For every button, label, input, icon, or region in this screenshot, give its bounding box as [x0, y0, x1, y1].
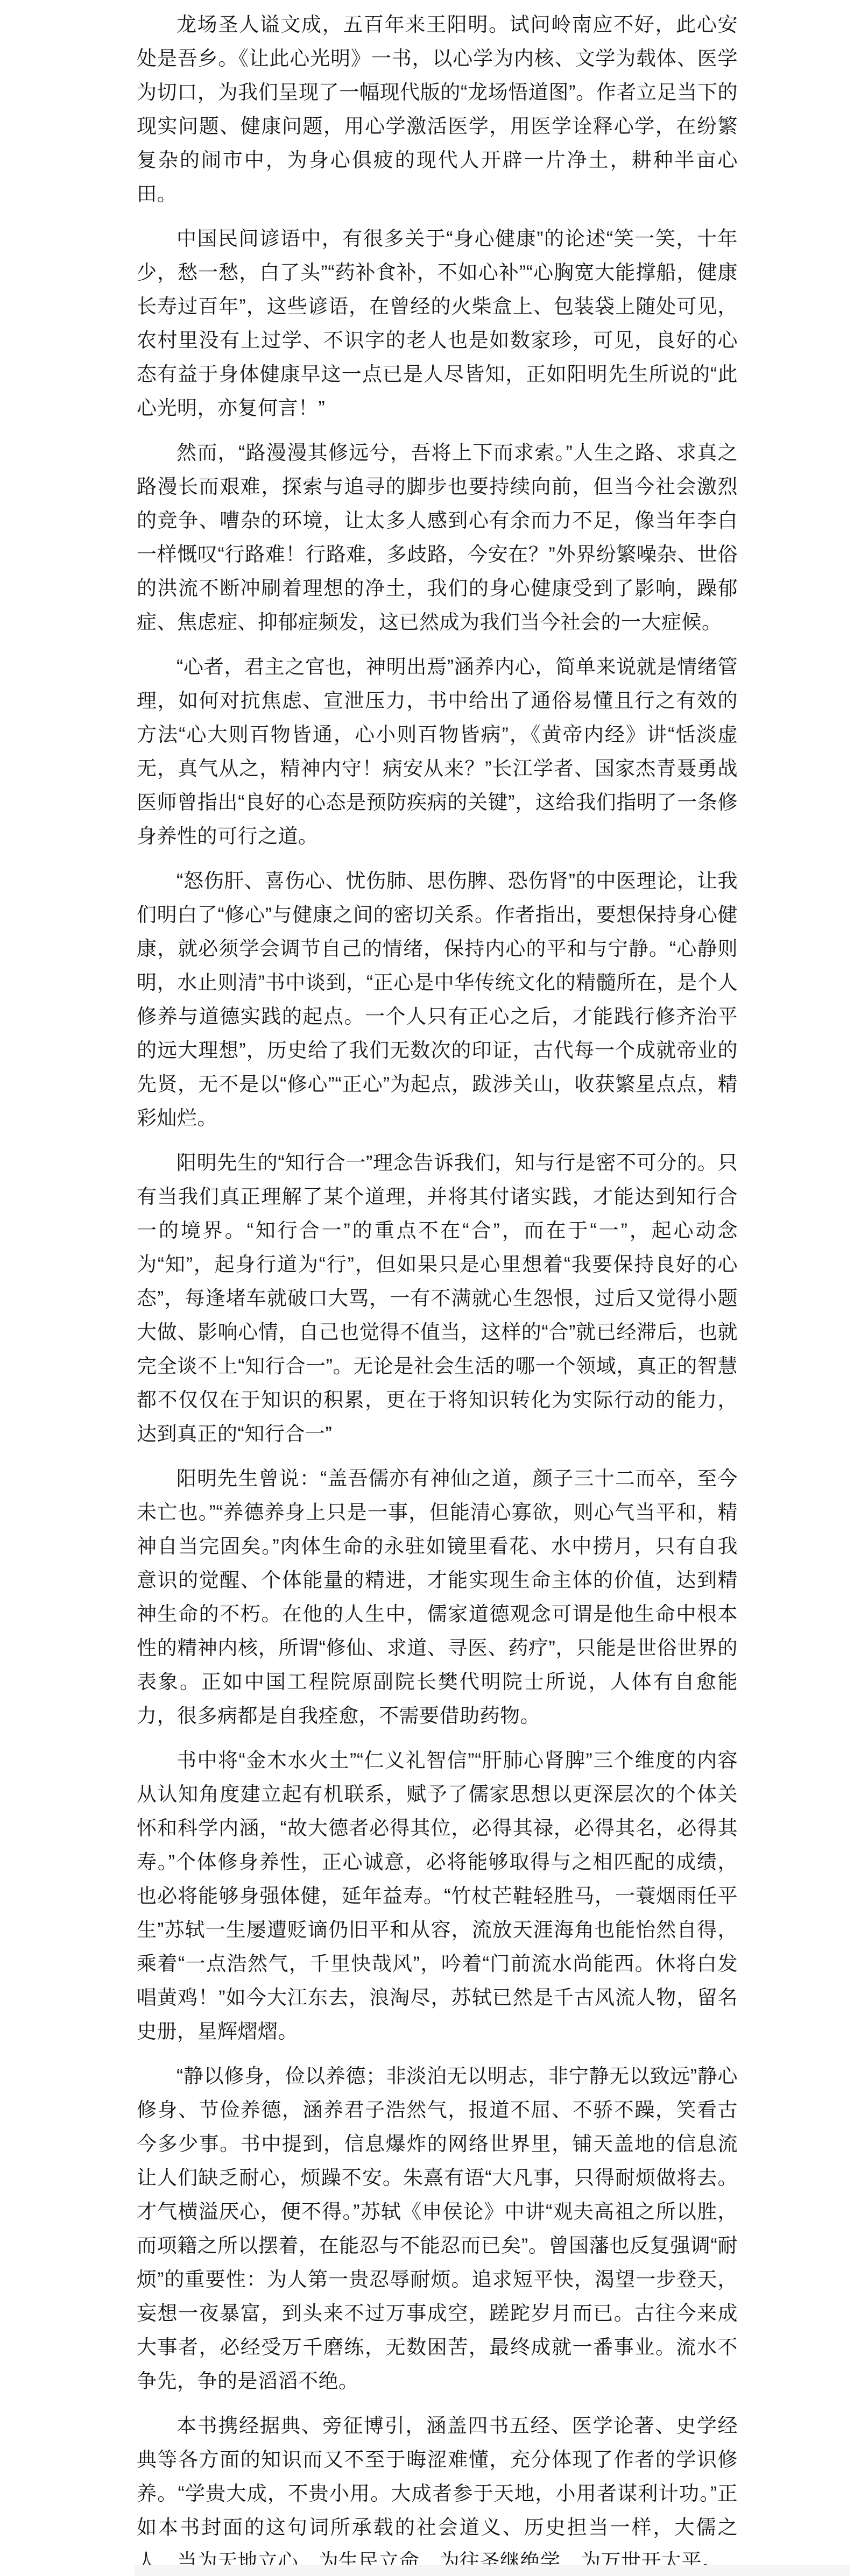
paragraph-three-dimensions: 书中将“金木水火土”“仁义礼智信”“肝肺心肾脾”三个维度的内容从认知角度建立起有…	[137, 1743, 738, 2048]
document-page: 龙场圣人谥文成，五百年来王阳明。试问岭南应不好，此心安处是吾乡。《让此心光明》一…	[0, 0, 861, 2576]
paragraph-emotion-management: “心者，君主之官也，神明出焉”涵养内心，简单来说就是情绪管理，如何对抗焦虑、宣泄…	[137, 650, 738, 853]
paragraph-patience: “静以修身，俭以养德；非淡泊无以明志，非宁静无以致远”静心修身、节俭养德，涵养君…	[137, 2059, 738, 2398]
paragraph-opening: 龙场圣人谥文成，五百年来王阳明。试问岭南应不好，此心安处是吾乡。《让此心光明》一…	[137, 8, 738, 211]
paragraph-unity-of-knowledge-action: 阳明先生的“知行合一”理念告诉我们，知与行是密不可分的。只有当我们真正理解了某个…	[137, 1146, 738, 1451]
paragraph-tcm-theory: “怒伤肝、喜伤心、忧伤肺、思伤脾、恐伤肾”的中医理论，让我们明白了“修心”与健康…	[137, 864, 738, 1135]
paragraph-proverbs: 中国民间谚语中，有很多关于“身心健康”的论述“笑一笑，十年少，愁一愁，白了头”“…	[137, 222, 738, 425]
bottom-partial-strip	[135, 2565, 850, 2576]
paragraph-yangming-quote: 阳明先生曾说：“盖吾儒亦有神仙之道，颜子三十二而卒，至今未亡也。”“养德养身上只…	[137, 1461, 738, 1733]
paragraph-road-hardship: 然而，“路漫漫其修远兮，吾将上下而求索。”人生之路、求真之路漫长而艰难，探索与追…	[137, 436, 738, 639]
paragraph-conclusion: 本书携经据典、旁征博引，涵盖四书五经、医学论著、史学经典等各方面的知识而又不至于…	[137, 2409, 738, 2576]
